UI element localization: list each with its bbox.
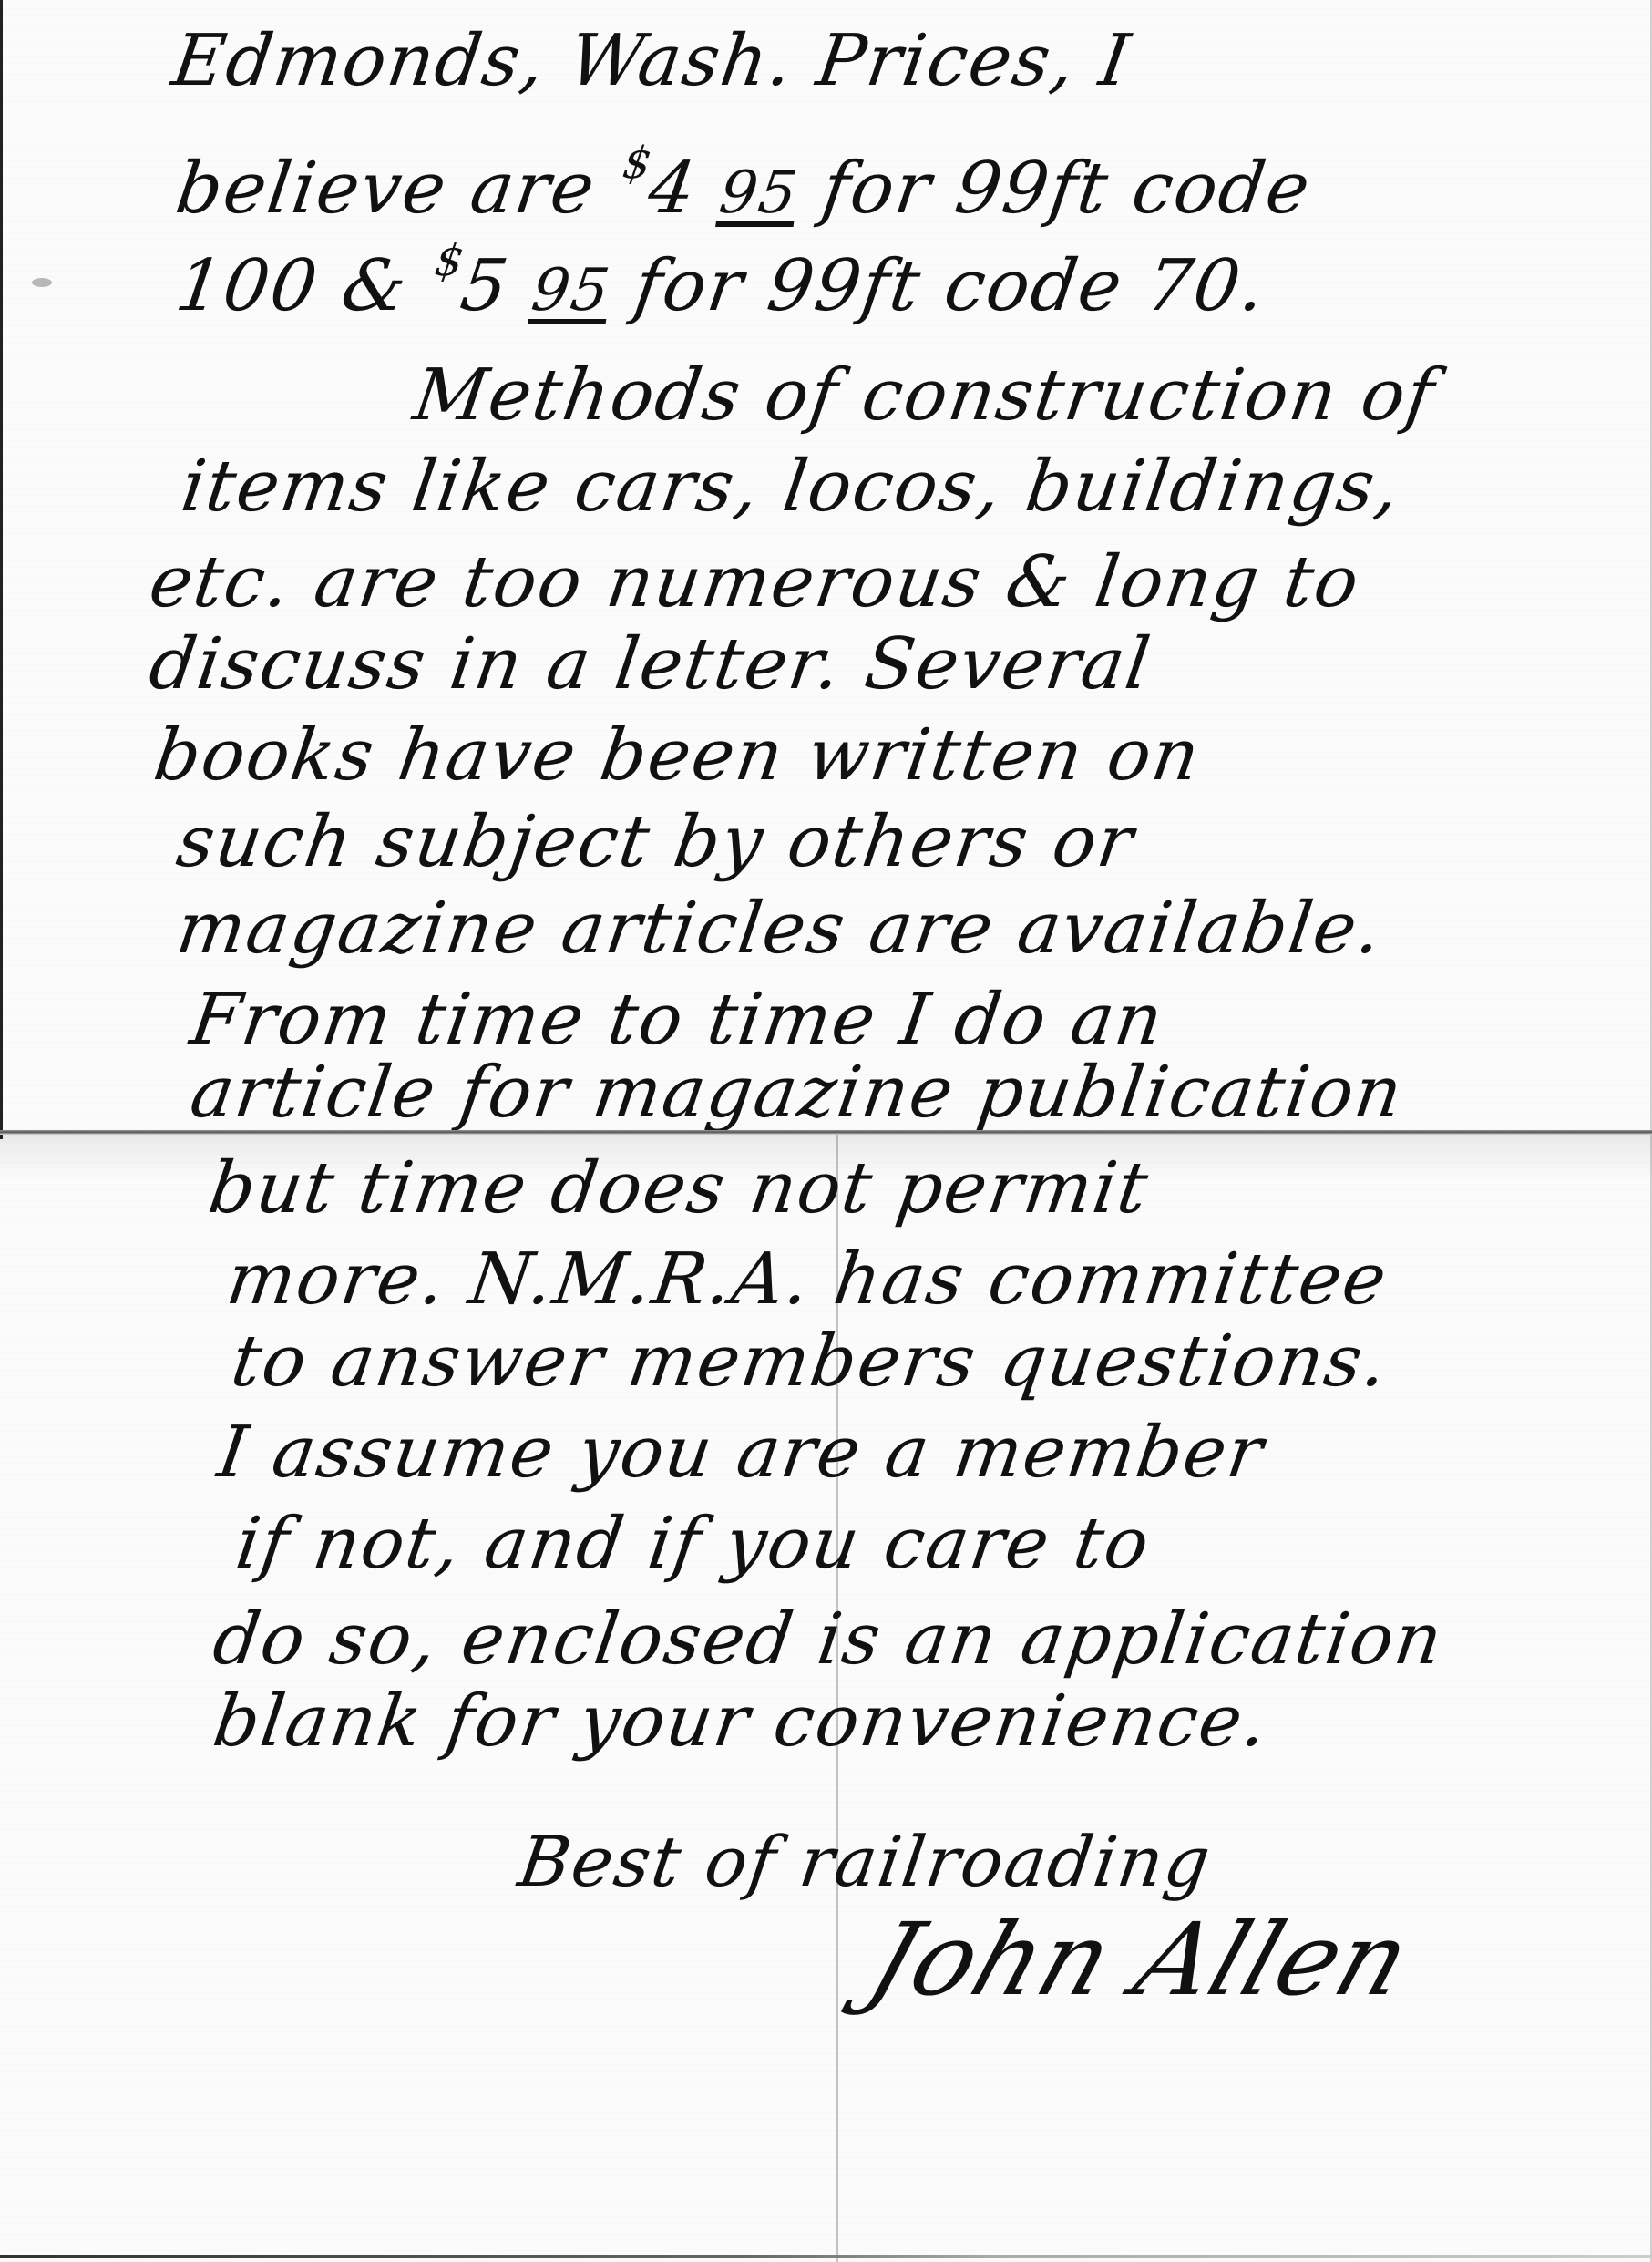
letter-signature: John Allen bbox=[858, 1909, 1421, 2010]
letter-line-13: but time does not permit bbox=[205, 1153, 1154, 1224]
letter-line-2: believe are $4 95 for 99ft code bbox=[172, 141, 1318, 224]
letter-line-3: 100 & $5 95 for 99ft code 70. bbox=[172, 239, 1273, 322]
paper-bottom-edge bbox=[0, 2255, 1652, 2258]
letter-line-14: more. N.M.R.A. has committee bbox=[223, 1244, 1392, 1315]
letter-line-16: I assume you are a member bbox=[214, 1417, 1269, 1488]
letter-line-11: From time to time I do an bbox=[187, 984, 1169, 1055]
letter-line-12: article for magazine publication bbox=[187, 1057, 1408, 1128]
letter-line-7: discuss in a letter. Several bbox=[146, 629, 1156, 700]
letter-line-15: to answer members questions. bbox=[228, 1326, 1393, 1397]
price-cents: 95 bbox=[528, 257, 615, 324]
price-code100: $4 95 bbox=[614, 148, 829, 230]
letter-line-3-rest: for 99ft code 70. bbox=[630, 245, 1271, 327]
price-cents: 95 bbox=[715, 159, 803, 227]
letter-line-5: items like cars, locos, buildings, bbox=[178, 451, 1405, 522]
ink-smudge bbox=[32, 278, 52, 287]
letter-line-2-rest: for 99ft code bbox=[817, 148, 1317, 230]
handwritten-letter-page: Edmonds, Wash. Prices, I believe are $4 … bbox=[0, 0, 1652, 2262]
letter-line-17: if not, and if you care to bbox=[232, 1508, 1155, 1579]
paper-left-edge bbox=[0, 0, 3, 1139]
letter-line-2-text: believe are bbox=[171, 148, 601, 230]
letter-line-3-text: 100 & bbox=[171, 245, 414, 327]
letter-line-18: do so, enclosed is an application bbox=[210, 1604, 1448, 1675]
price-dollars: 5 bbox=[456, 245, 514, 327]
letter-line-6: etc. are too numerous & long to bbox=[146, 547, 1365, 618]
letter-line-4: Methods of construction of bbox=[410, 360, 1440, 431]
letter-line-10: magazine articles are available. bbox=[173, 893, 1388, 964]
letter-closing: Best of railroading bbox=[515, 1827, 1216, 1897]
letter-line-1: Edmonds, Wash. Prices, I bbox=[169, 26, 1135, 97]
letter-line-9: such subject by others or bbox=[173, 807, 1139, 878]
price-dollars: 4 bbox=[643, 148, 702, 230]
letter-line-8: books have been written on bbox=[150, 720, 1206, 791]
letter-line-19: blank for your convenience. bbox=[210, 1686, 1273, 1757]
price-code70: $5 95 bbox=[426, 245, 641, 327]
